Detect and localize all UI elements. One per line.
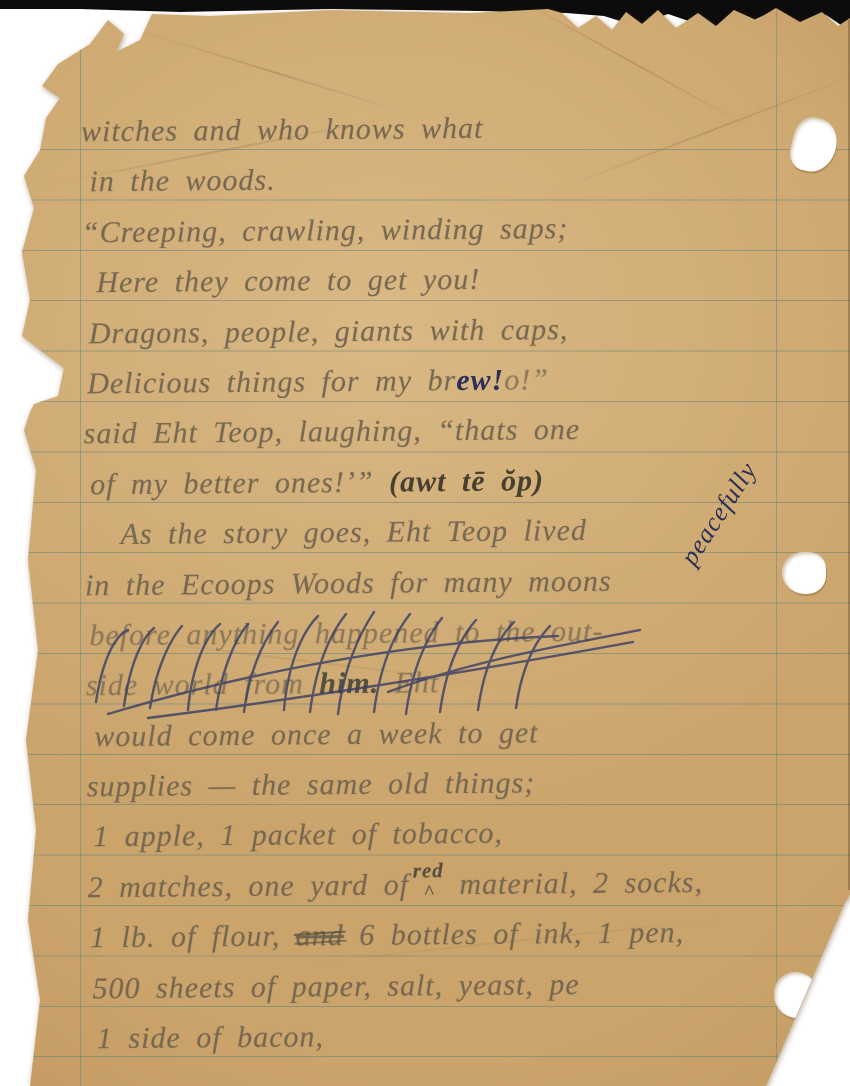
phonetic-note: (awt tē ŏp)	[389, 464, 544, 498]
handwritten-line: 2 matches, one yard of ^red material, 2 …	[87, 857, 842, 914]
scanned-page: witches and who knows what in the woods.…	[0, 0, 850, 1086]
handwritten-line: 1 lb. of flour, and 6 bottles of ink, 1 …	[90, 907, 843, 964]
insertion-caret: ^	[424, 881, 435, 903]
line-text: in the woods.	[89, 164, 275, 199]
line-text: 1 apple, 1 packet of tobacco,	[93, 817, 503, 854]
line-text: “Creeping, crawling, winding saps;	[82, 212, 569, 249]
handwritten-line: 1 apple, 1 packet of tobacco,	[93, 806, 842, 863]
line-text: As the story goes, Eht Teop lived	[120, 514, 587, 551]
handwritten-line: Dragons, people, giants with caps,	[89, 302, 838, 359]
line-text: witches and who knows what	[81, 112, 484, 149]
handwritten-line: “Creeping, crawling, winding saps;	[82, 202, 837, 259]
line-text: said Eht Teop, laughing, “thats one	[84, 413, 581, 450]
ink-scribble-strikeout	[88, 602, 648, 722]
ink-correction-ew: ew!	[456, 364, 504, 397]
torn-hole	[774, 972, 820, 1018]
handwritten-text: witches and who knows what in the woods.…	[81, 101, 844, 1065]
handwritten-line: Delicious things for my brew!o!”	[87, 353, 838, 410]
line-text: supplies — the same old things;	[87, 766, 536, 803]
line-text: 6 bottles of ink, 1 pen,	[344, 916, 685, 952]
line-text: 1 lb. of flour,	[90, 920, 296, 955]
red-insertion: red	[413, 858, 444, 882]
handwritten-line: said Eht Teop, laughing, “thats one	[83, 403, 838, 460]
line-text: material, 2 socks,	[444, 866, 703, 901]
manuscript-page: witches and who knows what in the woods.…	[0, 0, 850, 1086]
handwritten-line: 1 side of bacon,	[97, 1008, 844, 1065]
handwritten-line: supplies — the same old things;	[87, 756, 842, 813]
line-text: 1 side of bacon,	[97, 1020, 324, 1055]
line-text: in the Ecoops Woods for many moons	[85, 564, 612, 602]
handwritten-line: witches and who knows what	[81, 101, 836, 158]
torn-hole	[782, 552, 826, 594]
line-text: Delicious things for my br	[87, 364, 456, 400]
paper-wrap: witches and who knows what in the woods.…	[0, 0, 850, 1086]
handwritten-line: in the woods.	[89, 151, 836, 208]
line-text: Here they come to get you!	[96, 263, 480, 299]
handwritten-line: 500 sheets of paper, salt, yeast, pe	[92, 957, 843, 1014]
handwritten-line: Here they come to get you!	[96, 252, 837, 309]
crossed-out-word: and	[296, 919, 344, 952]
paper-crease	[126, 26, 413, 116]
line-text: o!”	[504, 363, 549, 396]
line-text: of my better ones!’”	[90, 465, 389, 501]
line-text: Dragons, people, giants with caps,	[89, 313, 569, 350]
line-text: 2 matches, one yard of	[88, 868, 425, 904]
line-text: 500 sheets of paper, salt, yeast, pe	[92, 968, 579, 1005]
